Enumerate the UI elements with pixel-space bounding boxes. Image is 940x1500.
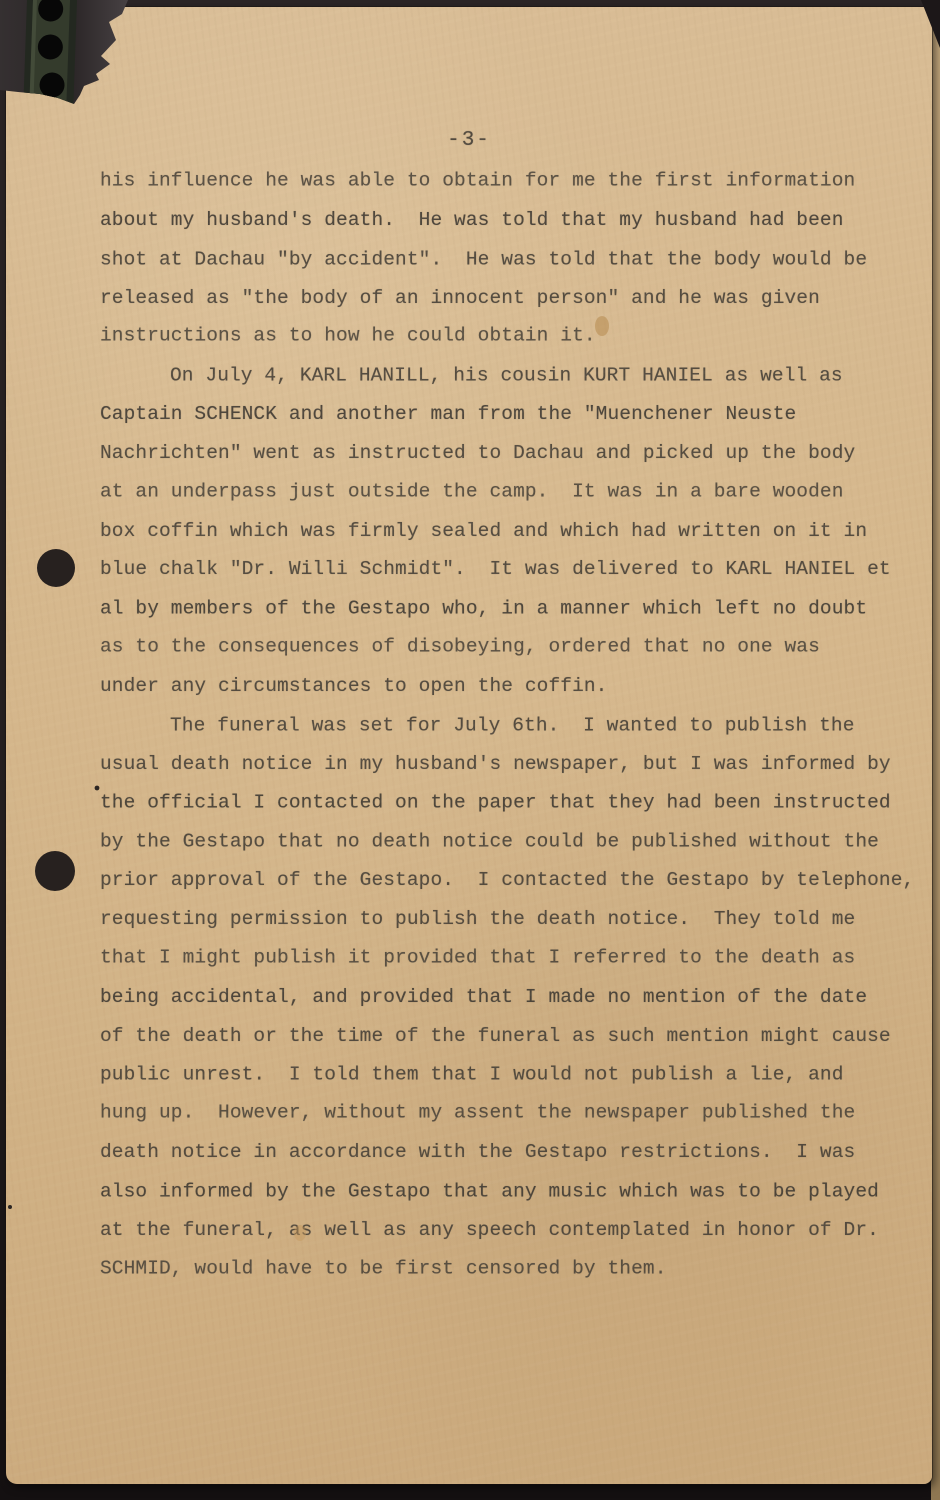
scan-background: -3- his influence he was able to obtain …	[0, 0, 940, 1500]
text-line: Nachrichten" went as instructed to Dacha…	[100, 434, 915, 473]
text-line: The funeral was set for July 6th. I want…	[100, 706, 915, 745]
text-line: under any circumstances to open the coff…	[100, 667, 915, 706]
document-page: -3- his influence he was able to obtain …	[6, 7, 932, 1484]
text-line: al by members of the Gestapo who, in a m…	[100, 590, 915, 629]
text-line: instructions as to how he could obtain i…	[100, 317, 915, 356]
page-number: -3-	[6, 129, 932, 152]
text-line: his influence he was able to obtain for …	[100, 162, 915, 201]
text-line: On July 4, KARL HANILL, his cousin KURT …	[100, 357, 915, 396]
text-line: hung up. However, without my assent the …	[100, 1094, 915, 1133]
text-line: released as "the body of an innocent per…	[100, 279, 915, 318]
text-line: prior approval of the Gestapo. I contact…	[100, 861, 915, 900]
text-line: also informed by the Gestapo that any mu…	[100, 1173, 915, 1212]
text-line: box coffin which was firmly sealed and w…	[100, 512, 915, 551]
text-line: at the funeral, as well as any speech co…	[100, 1211, 915, 1250]
text-line: usual death notice in my husband's newsp…	[100, 745, 915, 784]
text-line: by the Gestapo that no death notice coul…	[100, 823, 915, 862]
text-line: blue chalk "Dr. Willi Schmidt". It was d…	[100, 550, 915, 589]
text-line: shot at Dachau "by accident". He was tol…	[100, 240, 915, 279]
text-line: public unrest. I told them that I would …	[100, 1056, 915, 1095]
text-line: that I might publish it provided that I …	[100, 938, 915, 977]
document-text: his influence he was able to obtain for …	[100, 162, 915, 1288]
underlying-page-edge	[931, 0, 940, 1500]
text-line: Captain SCHENCK and another man from the…	[100, 395, 915, 434]
text-line: about my husband's death. He was told th…	[100, 201, 915, 240]
text-line: the official I contacted on the paper th…	[100, 783, 915, 822]
text-line: death notice in accordance with the Gest…	[100, 1133, 915, 1172]
text-line: being accidental, and provided that I ma…	[100, 978, 915, 1017]
text-line: SCHMID, would have to be first censored …	[100, 1249, 915, 1288]
text-line: requesting permission to publish the dea…	[100, 900, 915, 939]
text-line: as to the consequences of disobeying, or…	[100, 628, 915, 667]
text-line: at an underpass just outside the camp. I…	[100, 472, 915, 511]
text-line: of the death or the time of the funeral …	[100, 1017, 915, 1056]
